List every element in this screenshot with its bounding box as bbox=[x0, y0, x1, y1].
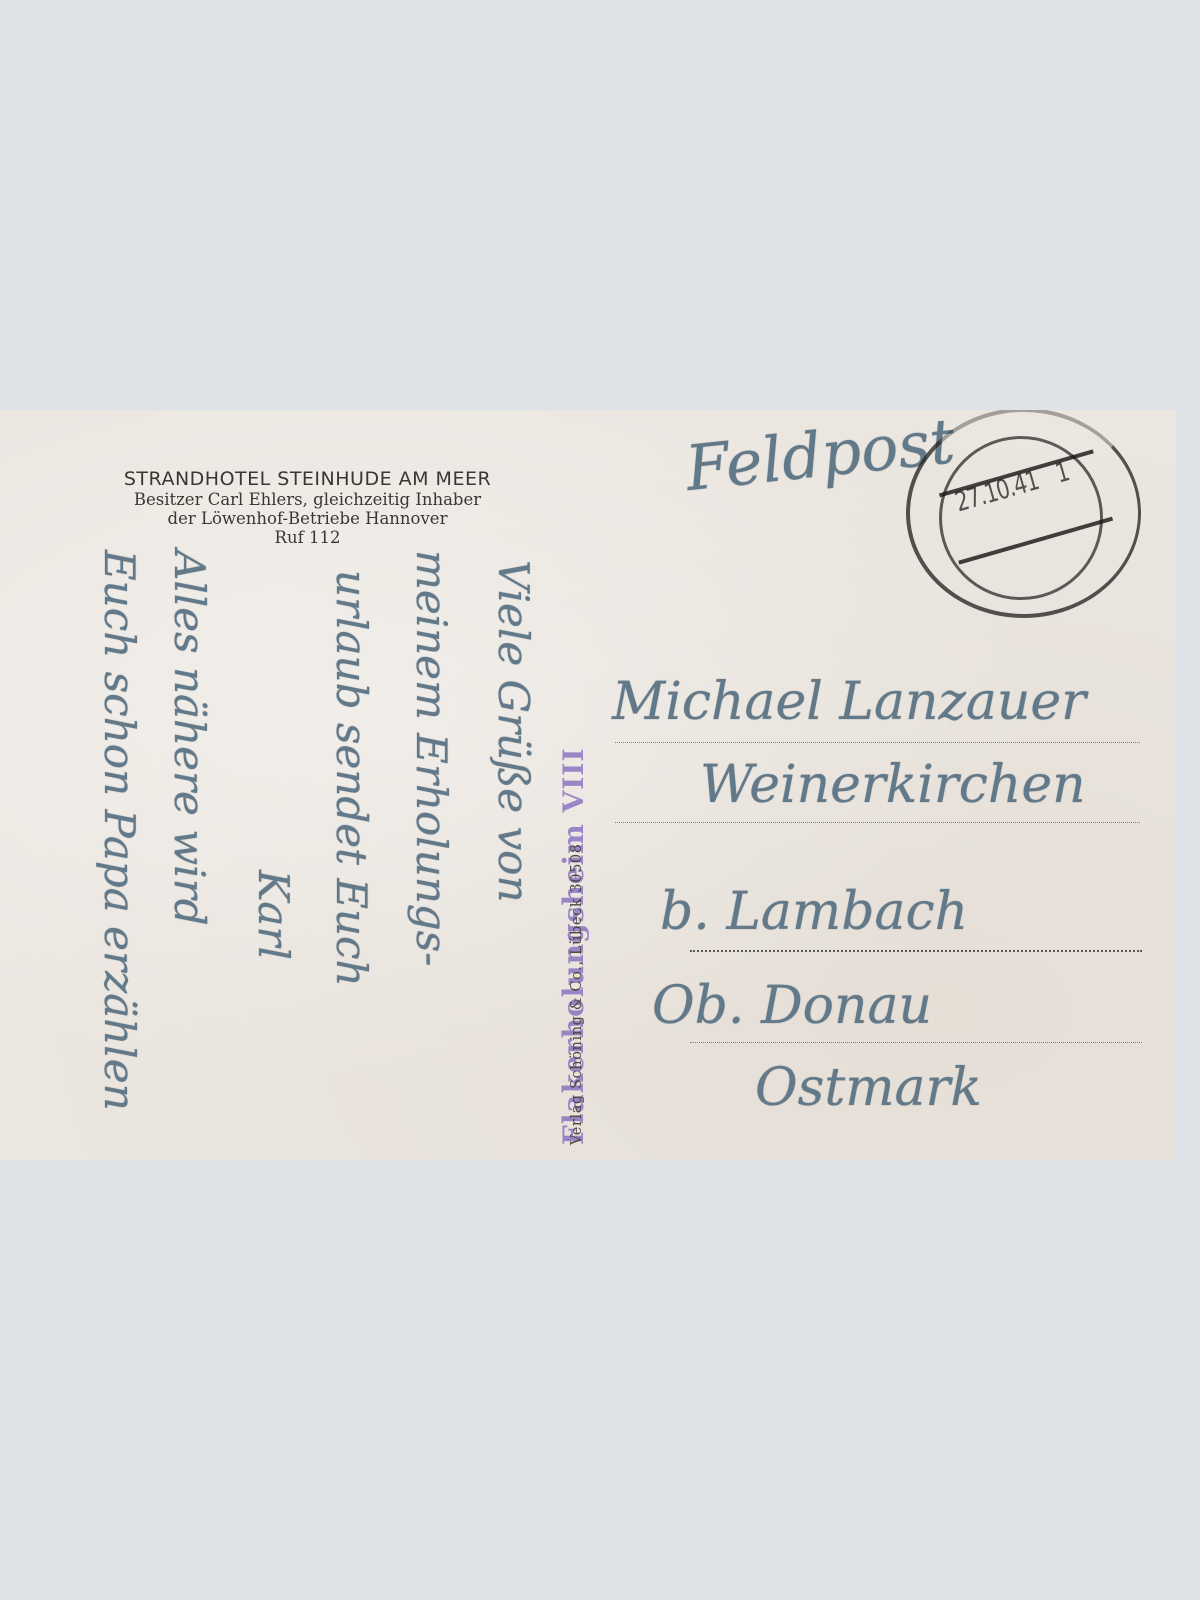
address-rule bbox=[690, 1042, 1142, 1043]
phone-line: Ruf 112 bbox=[60, 528, 555, 547]
message-text: meinem Erholungs- bbox=[407, 550, 456, 966]
address-town: b. Lambach bbox=[660, 882, 968, 942]
message-line: Euch schon Papa erzählen bbox=[98, 550, 158, 1150]
publisher-imprint: Verlag Schöning & Co., Lübeck 30508 bbox=[563, 575, 593, 1145]
message-line: meinem Erholungs- bbox=[410, 550, 470, 1150]
address-country: Ostmark bbox=[755, 1058, 982, 1118]
message-text: Alles nähere wird bbox=[165, 550, 214, 926]
message-line: Alles nähere wird bbox=[168, 550, 228, 1150]
postmark-icon: 27.10.41 1 bbox=[906, 410, 1141, 618]
address-name: Michael Lanzauer bbox=[612, 672, 1086, 732]
message-text: Viele Grüße von bbox=[489, 560, 538, 903]
hotel-name: STRANDHOTEL STEINHUDE AM MEER bbox=[60, 468, 555, 490]
postcard-back: STRANDHOTEL STEINHUDE AM MEER Besitzer C… bbox=[0, 410, 1176, 1160]
message-text: Karl bbox=[249, 870, 298, 960]
message-text: urlaub sendet Euch bbox=[327, 570, 376, 987]
address-rule bbox=[690, 950, 1142, 952]
message-signature: Karl bbox=[252, 870, 312, 1160]
message-text: Euch schon Papa erzählen bbox=[95, 550, 144, 1111]
business-line: der Löwenhof-Betriebe Hannover bbox=[60, 509, 555, 528]
owner-line: Besitzer Carl Ehlers, gleichzeitig Inhab… bbox=[60, 490, 555, 509]
hotel-imprint: STRANDHOTEL STEINHUDE AM MEER Besitzer C… bbox=[60, 468, 555, 547]
publisher-text: Verlag Schöning & Co., Lübeck 30508 bbox=[569, 843, 585, 1145]
address-locality: Weinerkirchen bbox=[700, 755, 1086, 815]
address-rule bbox=[615, 822, 1140, 823]
address-rule bbox=[615, 742, 1140, 743]
message-line: urlaub sendet Euch bbox=[330, 570, 390, 1160]
message-line: Viele Grüße von bbox=[492, 560, 552, 1160]
address-region: Ob. Donau bbox=[652, 976, 932, 1036]
